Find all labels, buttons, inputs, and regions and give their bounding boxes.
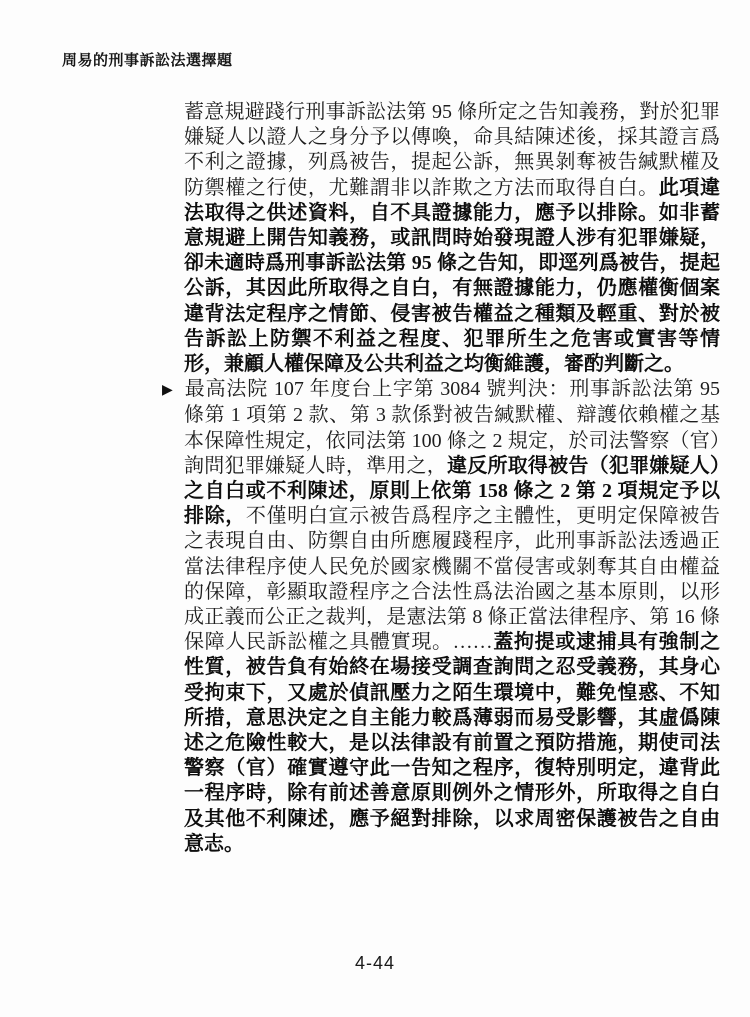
- text-segment: 蓋拘提或逮捕具有強制之性質，被告負有始終在場接受調查詢問之忍受義務，其身心受拘束…: [184, 631, 720, 855]
- page-title: 周易的刑事訴訟法選擇題: [62, 49, 233, 70]
- page-number: 4-44: [330, 953, 420, 974]
- list-item: 蓄意規避踐行刑事訴訟法第 95 條所定之告知義務，對於犯罪嫌疑人以證人之身分予以…: [162, 100, 720, 377]
- text-segment: 蓄意規避踐行刑事訴訟法第 95 條所定之告知義務，對於犯罪嫌疑人以證人之身分予以…: [184, 101, 720, 199]
- text-segment: 此項違法取得之供述資料，自不具證據能力，應予以排除。如非蓄意規避上開告知義務，或…: [184, 177, 720, 375]
- book-page: 周易的刑事訴訟法選擇題 蓄意規避踐行刑事訴訟法第 95 條所定之告知義務，對於犯…: [0, 0, 750, 1017]
- list-item: ▶最高法院 107 年度台上字第 3084 號判決：刑事訴訟法第 95 條第 1…: [162, 377, 720, 857]
- judgment-list: 蓄意規避踐行刑事訴訟法第 95 條所定之告知義務，對於犯罪嫌疑人以證人之身分予以…: [162, 100, 720, 857]
- bullet-triangle-icon: ▶: [162, 378, 184, 403]
